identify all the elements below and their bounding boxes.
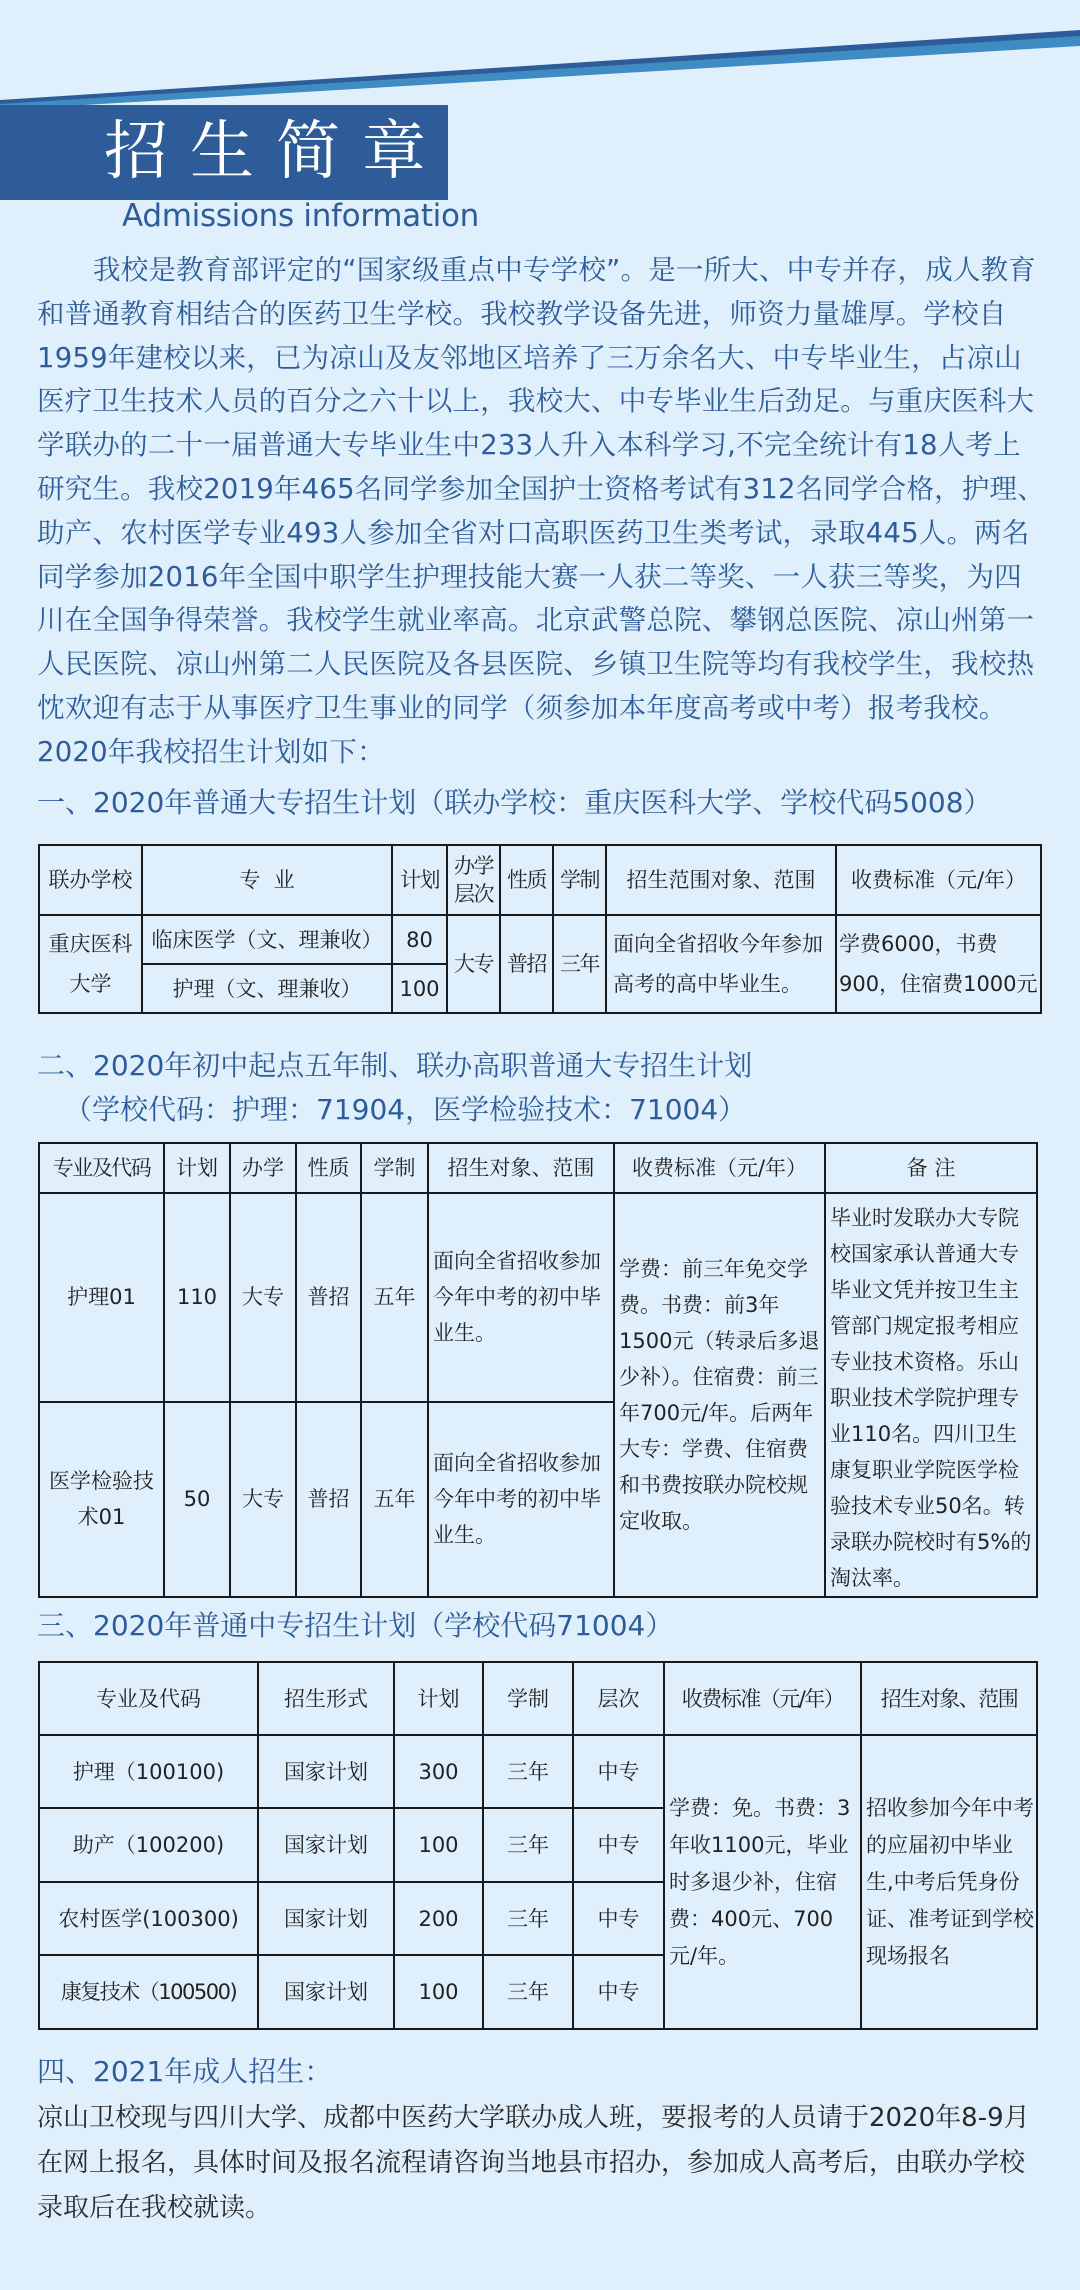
- header-cell: 招生对象、范围: [861, 1662, 1037, 1735]
- partner-school-cell: 重庆医科大学: [39, 915, 142, 1013]
- form-cell: 国家计划: [258, 1882, 394, 1955]
- nature-cell: 普招: [296, 1193, 361, 1402]
- header-cell: 性质: [296, 1143, 361, 1193]
- header-cell: 学制: [483, 1662, 573, 1735]
- header-cell: 性质: [500, 845, 553, 915]
- plan-cell: 110: [164, 1193, 230, 1402]
- level-cell: 中专: [573, 1882, 664, 1955]
- table-header-row: 专业及代码 计划 办学 性质 学制 招生对象、范围 收费标准（元/年） 备 注: [39, 1143, 1037, 1193]
- scope-cell: 面向全省招收参加今年中考的初中毕业生。: [428, 1402, 614, 1597]
- level-cell: 中专: [573, 1808, 664, 1882]
- fees-cell: 学费：免。书费：3年收1100元，毕业时多退少补，住宿费：400元、700元/年…: [664, 1735, 861, 2029]
- header-cell: 办学层次: [447, 845, 500, 915]
- section2-title: 二、2020年初中起点五年制、联办高职普通大专招生计划: [37, 1046, 752, 1086]
- duration-cell: 三年: [483, 1735, 573, 1808]
- table-row: 护理01 110 大专 普招 五年 面向全省招收参加今年中考的初中毕业生。 学费…: [39, 1193, 1037, 1402]
- scope-cell: 招收参加今年中考的应届初中毕业生,中考后凭身份证、准考证到学校现场报名: [861, 1735, 1037, 2029]
- header-cell: 计划: [394, 1662, 483, 1735]
- five-year-plan-table: 专业及代码 计划 办学 性质 学制 招生对象、范围 收费标准（元/年） 备 注 …: [38, 1142, 1038, 1598]
- duration-cell: 三年: [553, 915, 606, 1013]
- header-cell: 专业及代码: [39, 1143, 164, 1193]
- header-cell: 联办学校: [39, 845, 142, 915]
- header-cell: 层次: [573, 1662, 664, 1735]
- level-cell: 中专: [573, 1735, 664, 1808]
- section3-title: 三、2020年普通中专招生计划（学校代码71004）: [37, 1606, 673, 1646]
- section4-title: 四、2021年成人招生：: [37, 2052, 332, 2092]
- level-cell: 大专: [230, 1402, 296, 1597]
- remarks-cell: 毕业时发联办大专院校国家承认普通大专毕业文凭并按卫生主管部门规定报考相应专业技术…: [825, 1193, 1037, 1597]
- major-cell: 农村医学(100300): [39, 1882, 258, 1955]
- nature-cell: 普招: [296, 1402, 361, 1597]
- plan-cell: 100: [394, 1808, 483, 1882]
- header-cell: 收费标准（元/年）: [664, 1662, 861, 1735]
- header-cell: 计划: [164, 1143, 230, 1193]
- table-row: 重庆医科大学 临床医学（文、理兼收） 80 大专 普招 三年 面向全省招收今年参…: [39, 915, 1041, 964]
- section1-title: 一、2020年普通大专招生计划（联办学校：重庆医科大学、学校代码5008）: [37, 783, 992, 823]
- section2-subtitle: （学校代码：护理：71904，医学检验技术：71004）: [64, 1090, 746, 1130]
- plan-cell: 80: [392, 915, 447, 964]
- level-cell: 大专: [230, 1193, 296, 1402]
- page-subtitle: Admissions information: [122, 196, 479, 236]
- major-cell: 临床医学（文、理兼收）: [142, 915, 392, 964]
- adult-enrollment-paragraph: 凉山卫校现与四川大学、成都中医药大学联办成人班，要报考的人员请于2020年8-9…: [37, 2096, 1047, 2231]
- major-cell: 护理01: [39, 1193, 164, 1402]
- header-cell: 学制: [553, 845, 606, 915]
- page-title: 招生简章: [104, 108, 448, 196]
- level-cell: 大专: [447, 915, 500, 1013]
- plan-cell: 100: [392, 964, 447, 1013]
- header-cell: 专业及代码: [39, 1662, 258, 1735]
- duration-cell: 三年: [483, 1955, 573, 2029]
- header-cell: 办学: [230, 1143, 296, 1193]
- nature-cell: 普招: [500, 915, 553, 1013]
- plan-cell: 100: [394, 1955, 483, 2029]
- header-cell: 计划: [392, 845, 447, 915]
- header-cell: 招生对象、范围: [428, 1143, 614, 1193]
- form-cell: 国家计划: [258, 1735, 394, 1808]
- duration-cell: 三年: [483, 1882, 573, 1955]
- major-cell: 护理（100100): [39, 1735, 258, 1808]
- level-cell: 中专: [573, 1955, 664, 2029]
- fees-cell: 学费：前三年免交学费。书费：前3年1500元（转录后多退少补）。住宿费：前三年7…: [614, 1193, 825, 1597]
- secondary-plan-table: 专业及代码 招生形式 计划 学制 层次 收费标准（元/年） 招生对象、范围 护理…: [38, 1661, 1038, 2030]
- duration-cell: 五年: [361, 1402, 428, 1597]
- major-cell: 护理（文、理兼收）: [142, 964, 392, 1013]
- college-plan-table: 联办学校 专 业 计划 办学层次 性质 学制 招生范围对象、范围 收费标准（元/…: [38, 844, 1042, 1014]
- major-cell: 医学检验技术01: [39, 1402, 164, 1597]
- plan-cell: 200: [394, 1882, 483, 1955]
- table-header-row: 专业及代码 招生形式 计划 学制 层次 收费标准（元/年） 招生对象、范围: [39, 1662, 1037, 1735]
- header-cell: 专 业: [142, 845, 392, 915]
- form-cell: 国家计划: [258, 1808, 394, 1882]
- duration-cell: 五年: [361, 1193, 428, 1402]
- header-cell: 备 注: [825, 1143, 1037, 1193]
- scope-cell: 面向全省招收今年参加高考的高中毕业生。: [606, 915, 836, 1013]
- form-cell: 国家计划: [258, 1955, 394, 2029]
- intro-paragraph: 我校是教育部评定的“国家级重点中专学校”。是一所大、中专并存，成人教育和普通教育…: [37, 249, 1047, 775]
- header-cell: 招生形式: [258, 1662, 394, 1735]
- major-cell: 康复技术（100500): [39, 1955, 258, 2029]
- header-cell: 收费标准（元/年）: [614, 1143, 825, 1193]
- table-header-row: 联办学校 专 业 计划 办学层次 性质 学制 招生范围对象、范围 收费标准（元/…: [39, 845, 1041, 915]
- scope-cell: 面向全省招收参加今年中考的初中毕业生。: [428, 1193, 614, 1402]
- header-cell: 收费标准（元/年）: [836, 845, 1041, 915]
- plan-cell: 50: [164, 1402, 230, 1597]
- fees-cell: 学费6000，书费900，住宿费1000元: [836, 915, 1041, 1013]
- major-cell: 助产（100200): [39, 1808, 258, 1882]
- table-row: 护理（100100) 国家计划 300 三年 中专 学费：免。书费：3年收110…: [39, 1735, 1037, 1808]
- duration-cell: 三年: [483, 1808, 573, 1882]
- header-cell: 招生范围对象、范围: [606, 845, 836, 915]
- header-stripe-decoration: [0, 0, 1080, 110]
- plan-cell: 300: [394, 1735, 483, 1808]
- header-cell: 学制: [361, 1143, 428, 1193]
